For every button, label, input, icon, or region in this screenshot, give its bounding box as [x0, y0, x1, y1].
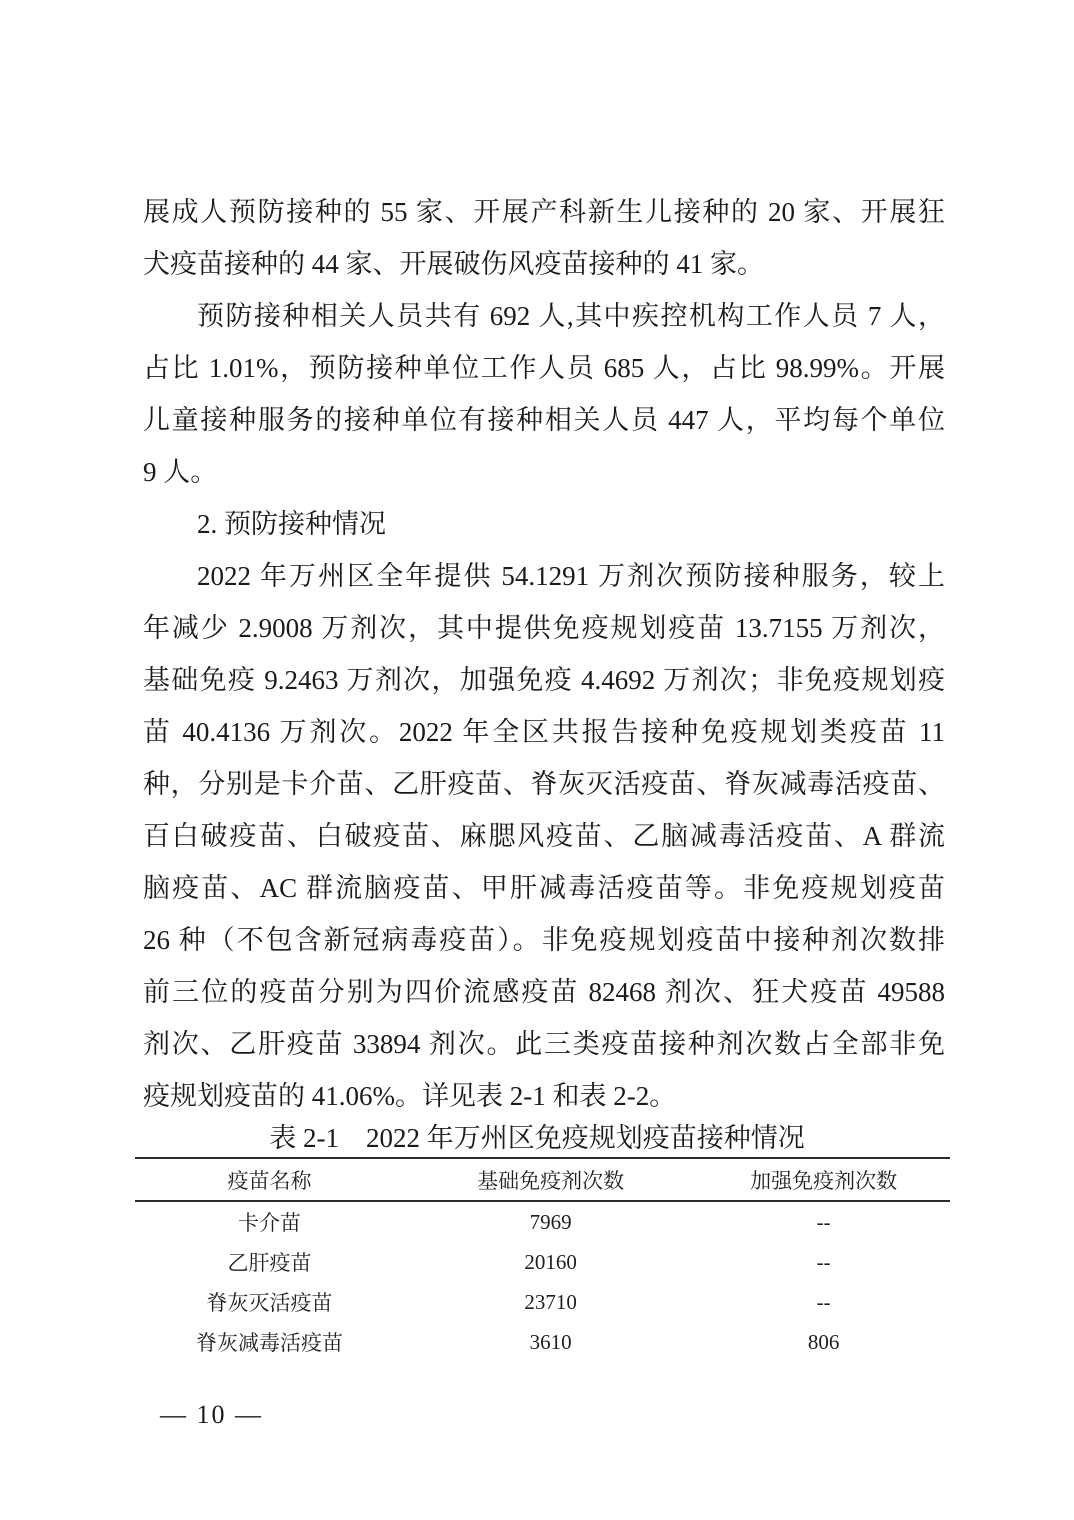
cell-basic-doses: 7969 — [404, 1201, 697, 1242]
body-line: 展成人预防接种的 55 家、开展产科新生儿接种的 20 家、开展狂 — [143, 186, 945, 238]
document-page: 展成人预防接种的 55 家、开展产科新生儿接种的 20 家、开展狂 犬疫苗接种的… — [0, 0, 1074, 1520]
cell-vaccine-name: 脊灰灭活疫苗 — [135, 1282, 404, 1322]
cell-basic-doses: 3610 — [404, 1322, 697, 1362]
body-line: 疫规划疫苗的 41.06%。详见表 2-1 和表 2-2。 — [143, 1070, 945, 1122]
body-line: 百白破疫苗、白破疫苗、麻腮风疫苗、乙脑减毒活疫苗、A 群流 — [143, 810, 945, 862]
header-cell-booster-doses: 加强免疫剂次数 — [697, 1158, 950, 1201]
body-line: 苗 40.4136 万剂次。2022 年全区共报告接种免疫规划类疫苗 11 — [143, 706, 945, 758]
header-cell-basic-doses: 基础免疫剂次数 — [404, 1158, 697, 1201]
table-header-row: 疫苗名称 基础免疫剂次数 加强免疫剂次数 — [135, 1158, 950, 1201]
body-line: 年减少 2.9008 万剂次，其中提供免疫规划疫苗 13.7155 万剂次， — [143, 602, 945, 654]
body-text: 展成人预防接种的 55 家、开展产科新生儿接种的 20 家、开展狂 犬疫苗接种的… — [143, 186, 945, 1122]
body-line: 犬疫苗接种的 44 家、开展破伤风疫苗接种的 41 家。 — [143, 238, 945, 290]
cell-vaccine-name: 卡介苗 — [135, 1201, 404, 1242]
body-line: 前三位的疫苗分别为四价流感疫苗 82468 剂次、狂犬疫苗 49588 — [143, 966, 945, 1018]
body-line: 脑疫苗、AC 群流脑疫苗、甲肝减毒活疫苗等。非免疫规划疫苗 — [143, 862, 945, 914]
body-line: 基础免疫 9.2463 万剂次，加强免疫 4.4692 万剂次；非免疫规划疫 — [143, 654, 945, 706]
body-line: 预防接种相关人员共有 692 人,其中疾控机构工作人员 7 人， — [143, 290, 945, 342]
cell-booster-doses: -- — [697, 1201, 950, 1242]
cell-booster-doses: 806 — [697, 1322, 950, 1362]
cell-basic-doses: 23710 — [404, 1282, 697, 1322]
body-line: 2022 年万州区全年提供 54.1291 万剂次预防接种服务，较上 — [143, 550, 945, 602]
body-line: 26 种（不包含新冠病毒疫苗）。非免疫规划疫苗中接种剂次数排 — [143, 914, 945, 966]
cell-booster-doses: -- — [697, 1242, 950, 1282]
cell-vaccine-name: 乙肝疫苗 — [135, 1242, 404, 1282]
body-line: 占比 1.01%，预防接种单位工作人员 685 人，占比 98.99%。开展 — [143, 342, 945, 394]
cell-booster-doses: -- — [697, 1282, 950, 1322]
table-row: 乙肝疫苗 20160 -- — [135, 1242, 950, 1282]
page-number: — 10 — — [160, 1400, 263, 1430]
cell-basic-doses: 20160 — [404, 1242, 697, 1282]
body-line: 种，分别是卡介苗、乙肝疫苗、脊灰灭活疫苗、脊灰减毒活疫苗、 — [143, 758, 945, 810]
table-title: 表 2-1 2022 年万州区免疫规划疫苗接种情况 — [0, 1120, 1074, 1156]
body-line: 9 人。 — [143, 446, 945, 498]
body-line: 剂次、乙肝疫苗 33894 剂次。此三类疫苗接种剂次数占全部非免 — [143, 1018, 945, 1070]
header-cell-vaccine-name: 疫苗名称 — [135, 1158, 404, 1201]
table-row: 脊灰减毒活疫苗 3610 806 — [135, 1322, 950, 1362]
vaccination-table: 疫苗名称 基础免疫剂次数 加强免疫剂次数 卡介苗 7969 -- 乙肝疫苗 20… — [135, 1157, 950, 1362]
body-line: 儿童接种服务的接种单位有接种相关人员 447 人，平均每个单位 — [143, 394, 945, 446]
table-row: 卡介苗 7969 -- — [135, 1201, 950, 1242]
table-row: 脊灰灭活疫苗 23710 -- — [135, 1282, 950, 1322]
cell-vaccine-name: 脊灰减毒活疫苗 — [135, 1322, 404, 1362]
section-heading: 2. 预防接种情况 — [143, 498, 945, 550]
